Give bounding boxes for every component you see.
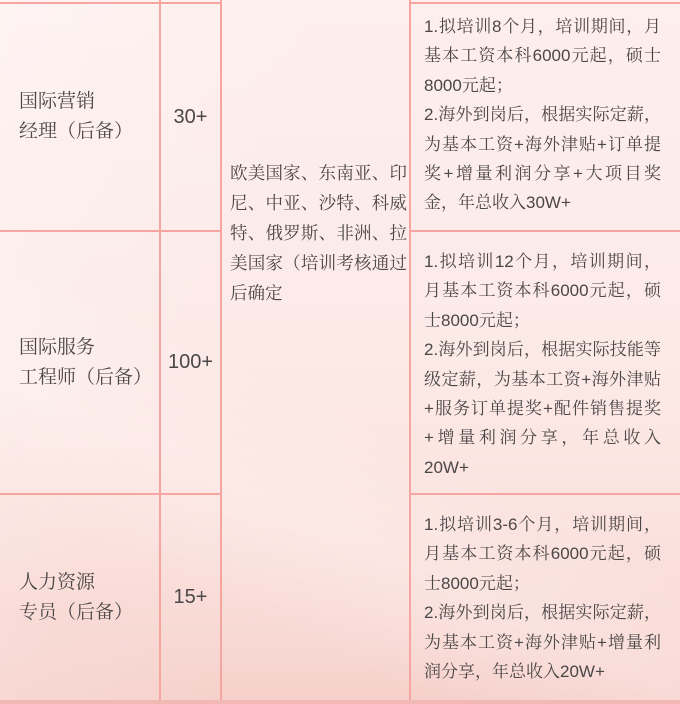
table-border-row2-right xyxy=(409,493,680,495)
table-border-row1-right xyxy=(409,230,680,232)
compensation-item: 1.拟培训3-6个月，培训期间，月基本工资本科6000元起，硕士8000元起； xyxy=(424,510,661,598)
table-bottom-band xyxy=(0,700,680,704)
job-title-cell: 国际营销 经理（后备） xyxy=(0,4,159,230)
compensation-item: 1.拟培训12个月，培训期间，月基本工资本科6000元起，硕士8000元起； xyxy=(424,247,661,335)
salary-table: 国际营销 经理（后备） 30+ 1.拟培训8个月，培训期间，月基本工资本科600… xyxy=(0,0,680,704)
location-cell: 欧美国家、东南亚、印尼、中亚、沙特、科威特、俄罗斯、非洲、拉美国家（培训考核通过… xyxy=(222,0,409,704)
location-text: 欧美国家、东南亚、印尼、中亚、沙特、科威特、俄罗斯、非洲、拉美国家（培训考核通过… xyxy=(230,158,407,308)
table-border-vertical-1 xyxy=(159,0,161,704)
table-border-vertical-2 xyxy=(220,0,222,704)
table-border-top-right xyxy=(409,2,680,4)
job-title-line: 国际营销 xyxy=(19,87,159,117)
job-title-cell: 人力资源 专员（后备） xyxy=(0,495,159,700)
job-title-line: 经理（后备） xyxy=(19,117,159,147)
compensation-cell: 1.拟培训12个月，培训期间，月基本工资本科6000元起，硕士8000元起； 2… xyxy=(411,232,680,493)
table-border-row2-left xyxy=(0,493,222,495)
headcount-cell: 30+ xyxy=(161,4,220,230)
job-title-line: 工程师（后备） xyxy=(19,363,159,393)
compensation-text: 1.拟培训3-6个月，培训期间，月基本工资本科6000元起，硕士8000元起； … xyxy=(424,510,661,686)
compensation-cell: 1.拟培训3-6个月，培训期间，月基本工资本科6000元起，硕士8000元起； … xyxy=(411,495,680,700)
headcount-value: 30+ xyxy=(174,106,208,129)
compensation-cell: 1.拟培训8个月，培训期间，月基本工资本科6000元起，硕士8000元起； 2.… xyxy=(411,4,680,230)
table-border-top-left xyxy=(0,2,222,4)
headcount-value: 100+ xyxy=(168,351,213,374)
headcount-value: 15+ xyxy=(174,586,208,609)
headcount-cell: 100+ xyxy=(161,232,220,493)
compensation-item: 2.海外到岗后，根据实际定薪，为基本工资+海外津贴+订单提奖+增量利润分享+大项… xyxy=(424,100,661,218)
table-border-vertical-3 xyxy=(409,0,411,704)
compensation-item: 2.海外到岗后，根据实际定薪，为基本工资+海外津贴+增量利润分享，年总收入20W… xyxy=(424,598,661,686)
job-title-line: 国际服务 xyxy=(19,333,159,363)
table-border-row1-left xyxy=(0,230,222,232)
job-title-cell: 国际服务 工程师（后备） xyxy=(0,232,159,493)
job-title-line: 人力资源 xyxy=(19,568,159,598)
compensation-item: 1.拟培训8个月，培训期间，月基本工资本科6000元起，硕士8000元起； xyxy=(424,12,661,100)
compensation-text: 1.拟培训8个月，培训期间，月基本工资本科6000元起，硕士8000元起； 2.… xyxy=(424,12,661,218)
compensation-text: 1.拟培训12个月，培训期间，月基本工资本科6000元起，硕士8000元起； 2… xyxy=(424,247,661,482)
job-title-line: 专员（后备） xyxy=(19,598,159,628)
headcount-cell: 15+ xyxy=(161,495,220,700)
compensation-item: 2.海外到岗后，根据实际技能等级定薪，为基本工资+海外津贴+服务订单提奖+配件销… xyxy=(424,335,661,482)
